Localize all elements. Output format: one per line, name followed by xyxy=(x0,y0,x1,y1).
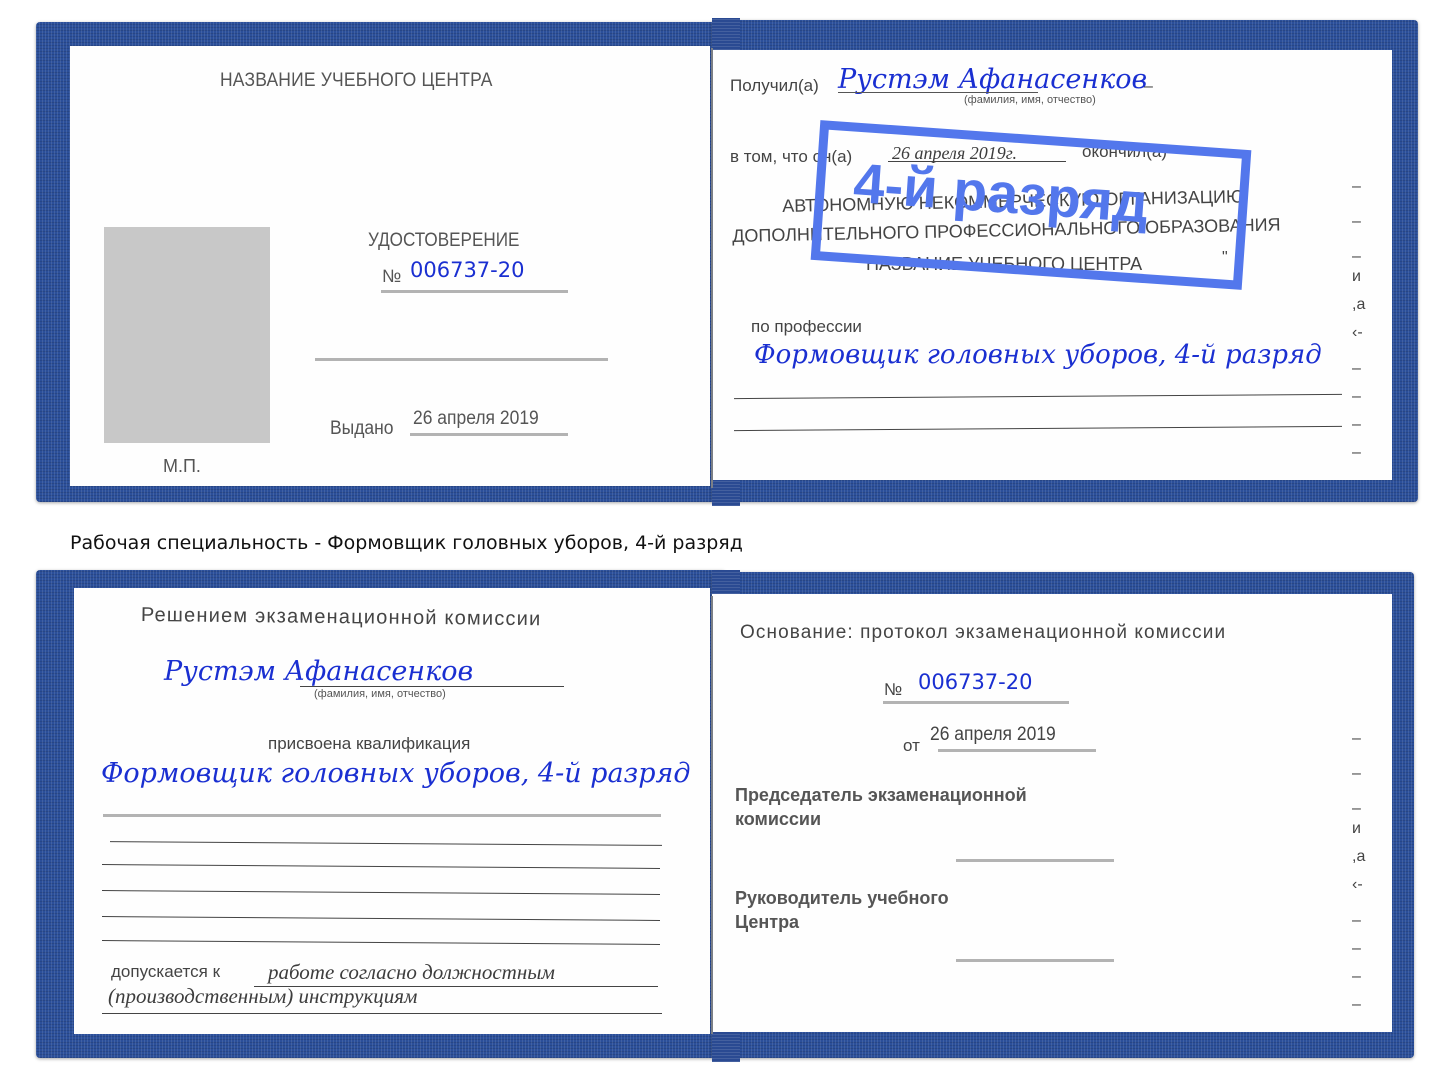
head-signature-line xyxy=(956,959,1114,962)
issued-date: 26 апреля 2019 xyxy=(413,408,539,430)
chairman-label-line2: комиссии xyxy=(735,809,821,830)
protocol-number-underline xyxy=(883,701,1069,704)
protocol-date-label: от xyxy=(903,736,920,756)
holder-name-hint: (фамилия, имя, отчество) xyxy=(964,94,1096,106)
photo-placeholder xyxy=(104,227,270,443)
decision-label: Решением экзаменационной комиссии xyxy=(141,604,542,631)
certificate-number-label: № xyxy=(382,266,401,287)
head-label-line2: Центра xyxy=(735,912,799,933)
specialty-caption: Рабочая специальность - Формовщик головн… xyxy=(70,532,743,554)
page-fold-1 xyxy=(711,48,713,488)
org-name-heading: НАЗВАНИЕ УЧЕБНОГО ЦЕНТРА xyxy=(220,70,493,92)
chairman-signature-line xyxy=(956,859,1114,862)
issued-label: Выдано xyxy=(330,418,394,440)
certificate-number-underline xyxy=(381,290,568,293)
blank-line xyxy=(315,358,608,361)
received-dash: – xyxy=(1144,78,1153,96)
admitted-label: допускается к xyxy=(111,962,220,982)
qualification-label: присвоена квалификация xyxy=(268,734,470,754)
protocol-date-underline xyxy=(938,749,1096,752)
page-fold-2 xyxy=(711,596,713,1034)
chairman-label-line1: Председатель экзаменационной xyxy=(735,785,1027,806)
profession-value: Формовщик головных уборов, 4-й разряд xyxy=(754,340,1322,370)
profession-label: по профессии xyxy=(751,317,862,337)
issued-date-underline xyxy=(410,433,568,436)
admitted-underline-2 xyxy=(102,1013,662,1014)
qualification-underline xyxy=(103,814,661,817)
received-label: Получил(а) xyxy=(730,76,819,96)
holder-name-underline xyxy=(838,92,1038,93)
protocol-number-value: 006737-20 xyxy=(918,670,1032,694)
admitted-line-2: (производственным) инструкциям xyxy=(108,984,417,1009)
protocol-date-value: 26 апреля 2019 xyxy=(930,724,1056,746)
certificate-number-value: 006737-20 xyxy=(410,258,524,282)
document-title: УДОСТОВЕРЕНИЕ xyxy=(368,230,519,252)
admitted-line-1: работе согласно должностным xyxy=(268,960,555,985)
seal-label: М.П. xyxy=(163,456,201,477)
holder-name-underline-2 xyxy=(300,686,564,687)
qualification-value: Формовщик головных уборов, 4-й разряд xyxy=(101,758,691,789)
basis-label: Основание: протокол экзаменационной коми… xyxy=(740,622,1226,644)
holder-name-hint-2: (фамилия, имя, отчество) xyxy=(314,688,446,700)
head-label-line1: Руководитель учебного xyxy=(735,888,949,909)
protocol-number-label: № xyxy=(884,680,902,700)
holder-name-2: Рустэм Афанасенков xyxy=(164,656,473,687)
holder-name: Рустэм Афанасенков xyxy=(838,64,1147,95)
